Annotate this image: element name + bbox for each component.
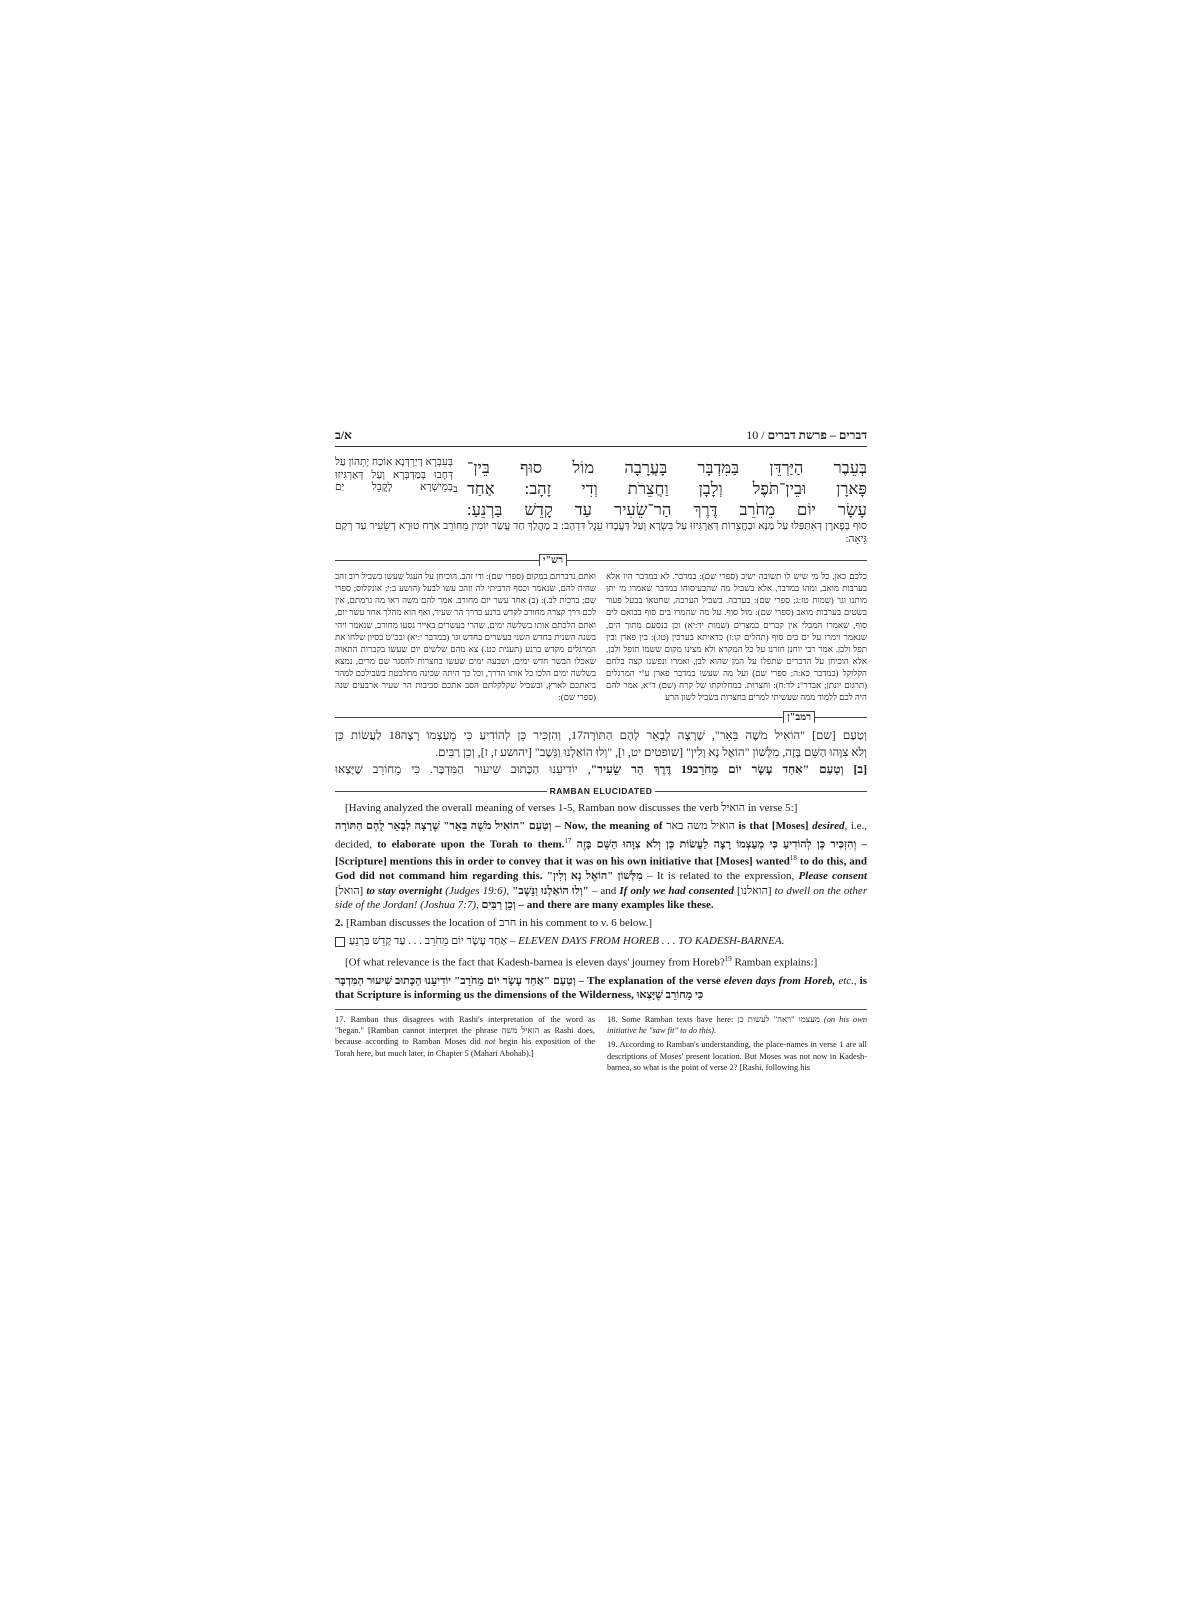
footnote-column-left: 17. Ramban thus disagrees with Rashi's i… [335,1014,595,1076]
rashi-label: רש"י [539,554,567,566]
elucidated-label: RAMBAN ELUCIDATED [547,786,656,797]
square-bullet-icon [335,937,345,947]
rashi-column-right: כלכם כאן, כל מי שיש לו תשובה ישיב (ספרי … [606,570,867,703]
elucidated-heading: אַחַד עָשָׂר יוֹם מֵחֹרֵב . . . עַד קָדֵ… [335,934,867,948]
ramban-label: רמב"ן [783,711,815,723]
elucidated-para-3: [Of what relevance is the fact that Kade… [335,952,867,970]
verse-number: ב [453,479,458,500]
running-head: א/ב דברים – פרשת דברים / 10 [335,428,867,447]
elucidated-para-4: וְטַעַם "אַחַד עָשָׂר יוֹם מֵחֹרֵב" יוֹד… [335,974,867,1002]
elucidated-para-2: 2. [Ramban discusses the location of חרב… [335,916,867,930]
chapter-verse-ref: א/ב [335,428,352,443]
footnote-column-right: 18. Some Ramban texts have here: מעצמו "… [607,1014,867,1076]
targum-continuation: סוּף בְּפָארָן דְּאִתַּפַּלוּ עַל מַנָּא… [335,521,867,546]
footnote-19: 19. According to Ramban's understanding,… [607,1039,867,1073]
page-header-title: דברים – פרשת דברים / 10 [746,428,867,443]
page-number: 10 [746,428,758,442]
targum-side: בְּעִבְרָא דְיַרְדְּנָא אוֹכַח יָתְהוֹן … [335,457,453,520]
ramban-text: וְטַעַם [שם] "הוֹאִיל מֹשֶׁה בֵּאֵר", שֶ… [335,727,867,778]
rashi-divider: רש"י [335,554,867,566]
ramban-divider: רמב"ן [335,711,867,723]
parsha-title: דברים – פרשת דברים [768,428,867,442]
elucidated-intro: [Having analyzed the overall meaning of … [335,801,867,815]
elucidated-divider: RAMBAN ELUCIDATED [335,786,867,797]
rashi-commentary: כלכם כאן, כל מי שיש לו תשובה ישיב (ספרי … [335,570,867,703]
ramban-elucidated: [Having analyzed the overall meaning of … [335,801,867,1002]
torah-verse-text: בְּעֵבֶר הַיַּרְדֵּן בַּמִּדְבָּר בָּעֲר… [453,457,867,520]
document-page: א/ב דברים – פרשת דברים / 10 בְּעֵבֶר הַי… [335,428,867,1076]
verse-block: בְּעֵבֶר הַיַּרְדֵּן בַּמִּדְבָּר בָּעֲר… [335,457,867,520]
footnote-rule [335,1009,867,1010]
elucidated-para-1: וְטַעַם "הוֹאִיל מֹשֶׁה בֵּאֵר" שֶׁרָצָה… [335,819,867,912]
footnotes: 17. Ramban thus disagrees with Rashi's i… [335,1014,867,1076]
footnote-18: 18. Some Ramban texts have here: מעצמו "… [607,1014,867,1037]
footnote-17: 17. Ramban thus disagrees with Rashi's i… [335,1014,595,1059]
rashi-column-left: ואתם נדברתם במקום (ספרי שם): ודי זהב. הו… [335,570,596,703]
